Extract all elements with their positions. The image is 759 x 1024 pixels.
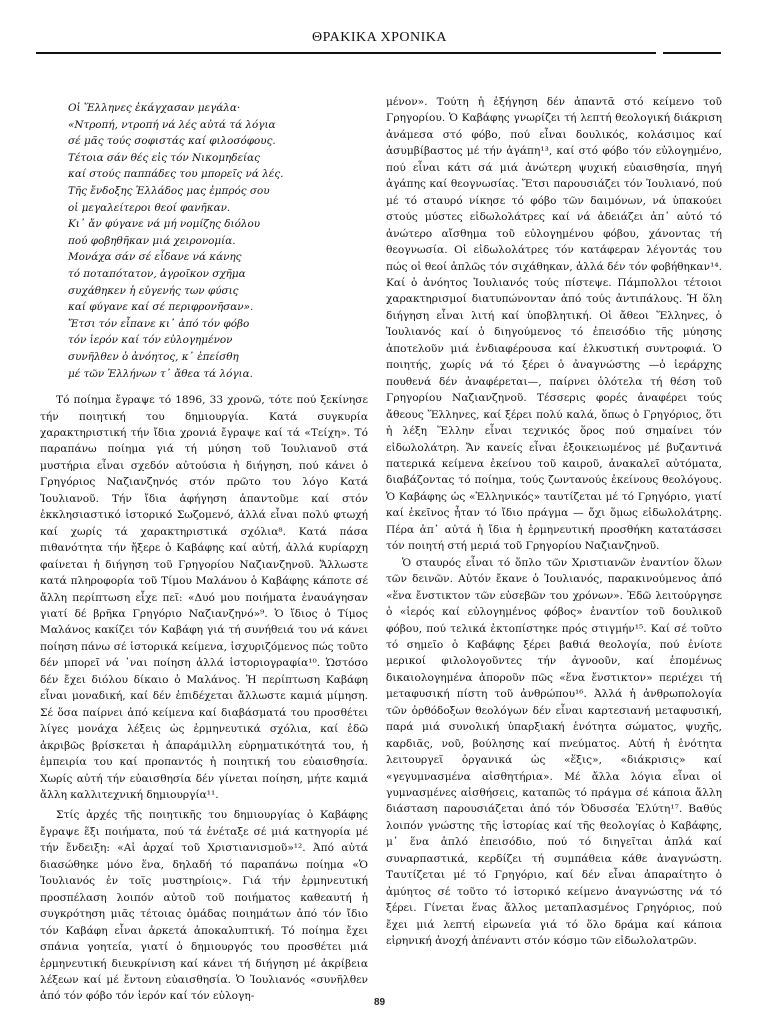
poem-line: Τέτοια σάν θές εἰς τόν Νικομηδείας: [68, 150, 368, 167]
poem-line: Μονάχα σάν σέ εἶδανε νά κάνης: [68, 249, 368, 266]
poem-line: Κι᾽ ἄν φύγανε νά μή νομίζης διόλου: [68, 216, 368, 233]
body-paragraph: Στίς ἀρχές τῆς ποιητικῆς του δημιουργίας…: [40, 807, 368, 1004]
poem-line: καί στούς παππάδες του μπορεῖς νά λές.: [68, 166, 368, 183]
header-rule: [36, 52, 656, 54]
right-column: μένον». Τούτη ἡ ἐξήγηση δέν ἀπαντᾶ στό κ…: [386, 94, 722, 950]
poem-line: μέ τῶν Ἑλλήνων τ᾽ ἄθεα τά λόγια.: [68, 366, 368, 383]
running-title: ΘΡΑΚΙΚΑ ΧΡΟΝΙΚΑ: [0, 30, 759, 46]
poem-line: τό ποταπότατον, ἀγροῖκον σχῆμα: [68, 266, 368, 283]
poem-line: Τῆς ἔνδοξης Ἑλλάδος μας ἐμπρός σου: [68, 183, 368, 200]
body-paragraph-continued: μένον». Τούτη ἡ ἐξήγηση δέν ἀπαντᾶ στό κ…: [386, 94, 722, 555]
poem-line: Οἱ Ἕλληνες ἐκάγχασαν μεγάλα·: [68, 100, 368, 117]
poem-line: συχάθηκεν ἡ εὐγενής των φύσις: [68, 283, 368, 300]
poem-line: οἱ μεγαλείτεροι θεοί φανῆκαν.: [68, 200, 368, 217]
left-column: Οἱ Ἕλληνες ἐκάγχασαν μεγάλα· «Ντροπή, ντ…: [40, 100, 368, 1005]
body-paragraph: Ὁ σταυρός εἶναι τό ὅπλο τῶν Χριστιανῶν ἐ…: [386, 555, 722, 950]
poem-line: «Ντροπή, ντροπή νά λές αὐτά τά λόγια: [68, 117, 368, 134]
page-number: 89: [0, 997, 759, 1008]
poem-line: τόν ἱερόν καί τόν εὐλογημένον: [68, 332, 368, 349]
poem-line: Ἔτσι τόν εἶπανε κι᾽ ἀπό τόν φόβο: [68, 316, 368, 333]
header-rule-short: [663, 52, 721, 54]
poem-line: πού φοβηθῆκαν μιά χειρονομία.: [68, 233, 368, 250]
poem-quote: Οἱ Ἕλληνες ἐκάγχασαν μεγάλα· «Ντροπή, ντ…: [68, 100, 368, 382]
spacer: [40, 382, 368, 392]
poem-line: καί φύγανε καί σέ περιφρονῆσαν».: [68, 299, 368, 316]
body-paragraph: Τό ποίημα ἔγραψε τό 1896, 33 χρονῶ, τότε…: [40, 392, 368, 803]
poem-line: συνῆλθεν ὁ ἀνόητος, κ᾽ ἐπείσθη: [68, 349, 368, 366]
poem-line: σέ μᾶς τούς σοφιστάς καί φιλοσόφους.: [68, 133, 368, 150]
